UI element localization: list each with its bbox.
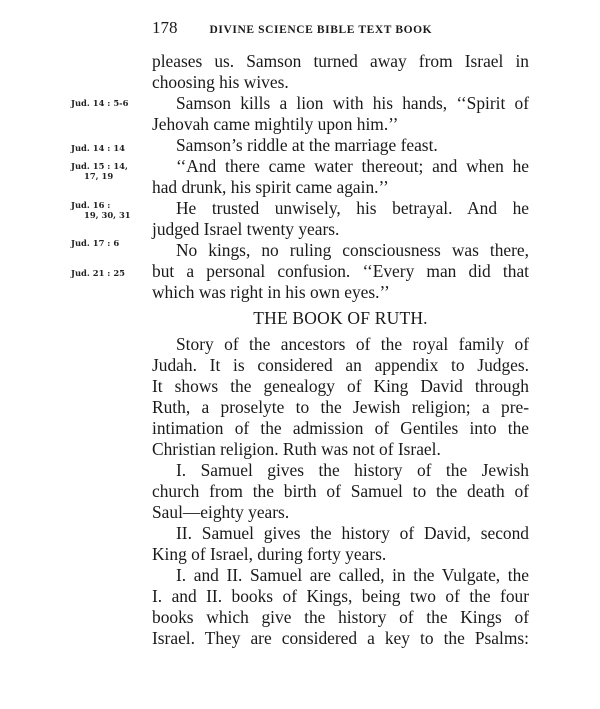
text-line: church from the birth of Samuel to the d… (152, 481, 529, 502)
text-line: pleases us. Samson turned away from Isra… (152, 51, 529, 72)
margin-note: Jud. 17 : 6 (71, 238, 119, 248)
text-line: I. Samuel gives the history of the Jewis… (152, 460, 529, 481)
text-line: I. and II. books of Kings, being two of … (152, 586, 529, 607)
margin-note-ref: Jud. 15 : 14, (71, 161, 128, 171)
book-page: 178 DIVINE SCIENCE BIBLE TEXT BOOK Jud. … (0, 0, 600, 709)
text-line: had drunk, his spirit came again.’’ (152, 177, 529, 198)
margin-note-ref: Jud. 21 : 25 (71, 268, 125, 278)
text-line: Jehovah came mightily upon him.’’ (152, 114, 529, 135)
text-line: Ruth, a proselyte to the Jewish religion… (152, 397, 529, 418)
text-line: intimation of the admission of Gentiles … (152, 418, 529, 439)
section-heading: THE BOOK OF RUTH. (152, 307, 529, 329)
text-line: books which give the history of the King… (152, 607, 529, 628)
margin-note-ref-cont: 19, 30, 31 (71, 210, 131, 220)
text-line: which was right in his own eyes.’’ (152, 282, 529, 303)
text-line: He trusted unwisely, his betrayal. And h… (152, 198, 529, 219)
text-line: ‘‘And there came water thereout; and whe… (152, 156, 529, 177)
text-line: choosing his wives. (152, 72, 529, 93)
text-line: Saul—eighty years. (152, 502, 529, 523)
text-line: No kings, no ruling consciousness was th… (152, 240, 529, 261)
margin-note: Jud. 21 : 25 (71, 268, 125, 278)
margin-note: Jud. 15 : 14, 17, 19 (71, 161, 128, 181)
text-line: Judah. It is considered an appendix to J… (152, 355, 529, 376)
page-number: 178 (152, 18, 178, 38)
text-line: Story of the ancestors of the royal fami… (152, 334, 529, 355)
running-head: 178 DIVINE SCIENCE BIBLE TEXT BOOK (152, 18, 532, 40)
margin-note-ref: Jud. 14 : 14 (71, 143, 125, 153)
text-line: King of Israel, during forty years. (152, 544, 529, 565)
margin-note: Jud. 14 : 14 (71, 143, 125, 153)
running-title: DIVINE SCIENCE BIBLE TEXT BOOK (210, 24, 433, 36)
margin-note: Jud. 16 : 19, 30, 31 (71, 200, 131, 220)
text-line: judged Israel twenty years. (152, 219, 529, 240)
margin-note: Jud. 14 : 5-6 (71, 98, 128, 108)
margin-note-ref-cont: 17, 19 (71, 171, 128, 181)
text-line: Samson kills a lion with his hands, ‘‘Sp… (152, 93, 529, 114)
text-line: I. and II. Samuel are called, in the Vul… (152, 565, 529, 586)
margin-note-ref: Jud. 14 : 5-6 (71, 98, 128, 108)
text-line: It shows the genealogy of King David thr… (152, 376, 529, 397)
margin-note-ref: Jud. 16 : (71, 200, 110, 210)
text-line: but a personal confusion. ‘‘Every man di… (152, 261, 529, 282)
text-line: Israel. They are considered a key to the… (152, 628, 529, 649)
text-line: Christian religion. Ruth was not of Isra… (152, 439, 529, 460)
text-line: Samson’s riddle at the marriage feast. (152, 135, 529, 156)
text-line: II. Samuel gives the history of David, s… (152, 523, 529, 544)
margin-note-ref: Jud. 17 : 6 (71, 238, 119, 248)
